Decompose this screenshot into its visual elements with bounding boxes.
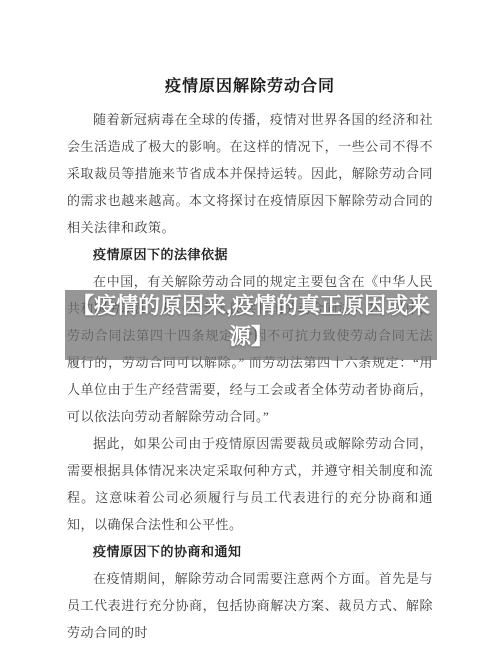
page-title: 疫情原因解除劳动合同	[67, 76, 433, 98]
section-heading-consultation-notice: 疫情原因下的协商和通知	[67, 538, 433, 565]
document-content: 疫情原因解除劳动合同 随着新冠病毒在全球的传播，疫情对世界各国的经济和社会生活造…	[67, 76, 433, 646]
consultation-paragraph-1: 在疫情期间，解除劳动合同需要注意两个方面。首先是与员工代表进行充分协商，包括协商…	[67, 565, 433, 646]
intro-paragraph: 随着新冠病毒在全球的传播，疫情对世界各国的经济和社会生活造成了极大的影响。在这样…	[67, 106, 433, 241]
watermark-text: 【疫情的原因来,疫情的真正原因或来源】	[65, 290, 437, 352]
document-page: 疫情原因解除劳动合同 随着新冠病毒在全球的传播，疫情对世界各国的经济和社会生活造…	[0, 0, 500, 647]
section-heading-legal-basis: 疫情原因下的法律依据	[67, 241, 433, 268]
legal-basis-paragraph-2: 据此，如果公司由于疫情原因需要裁员或解除劳动合同，需要根据具体情况来决定采取何种…	[67, 430, 433, 538]
watermark-overlay: 【疫情的原因来,疫情的真正原因或来源】	[65, 290, 437, 360]
